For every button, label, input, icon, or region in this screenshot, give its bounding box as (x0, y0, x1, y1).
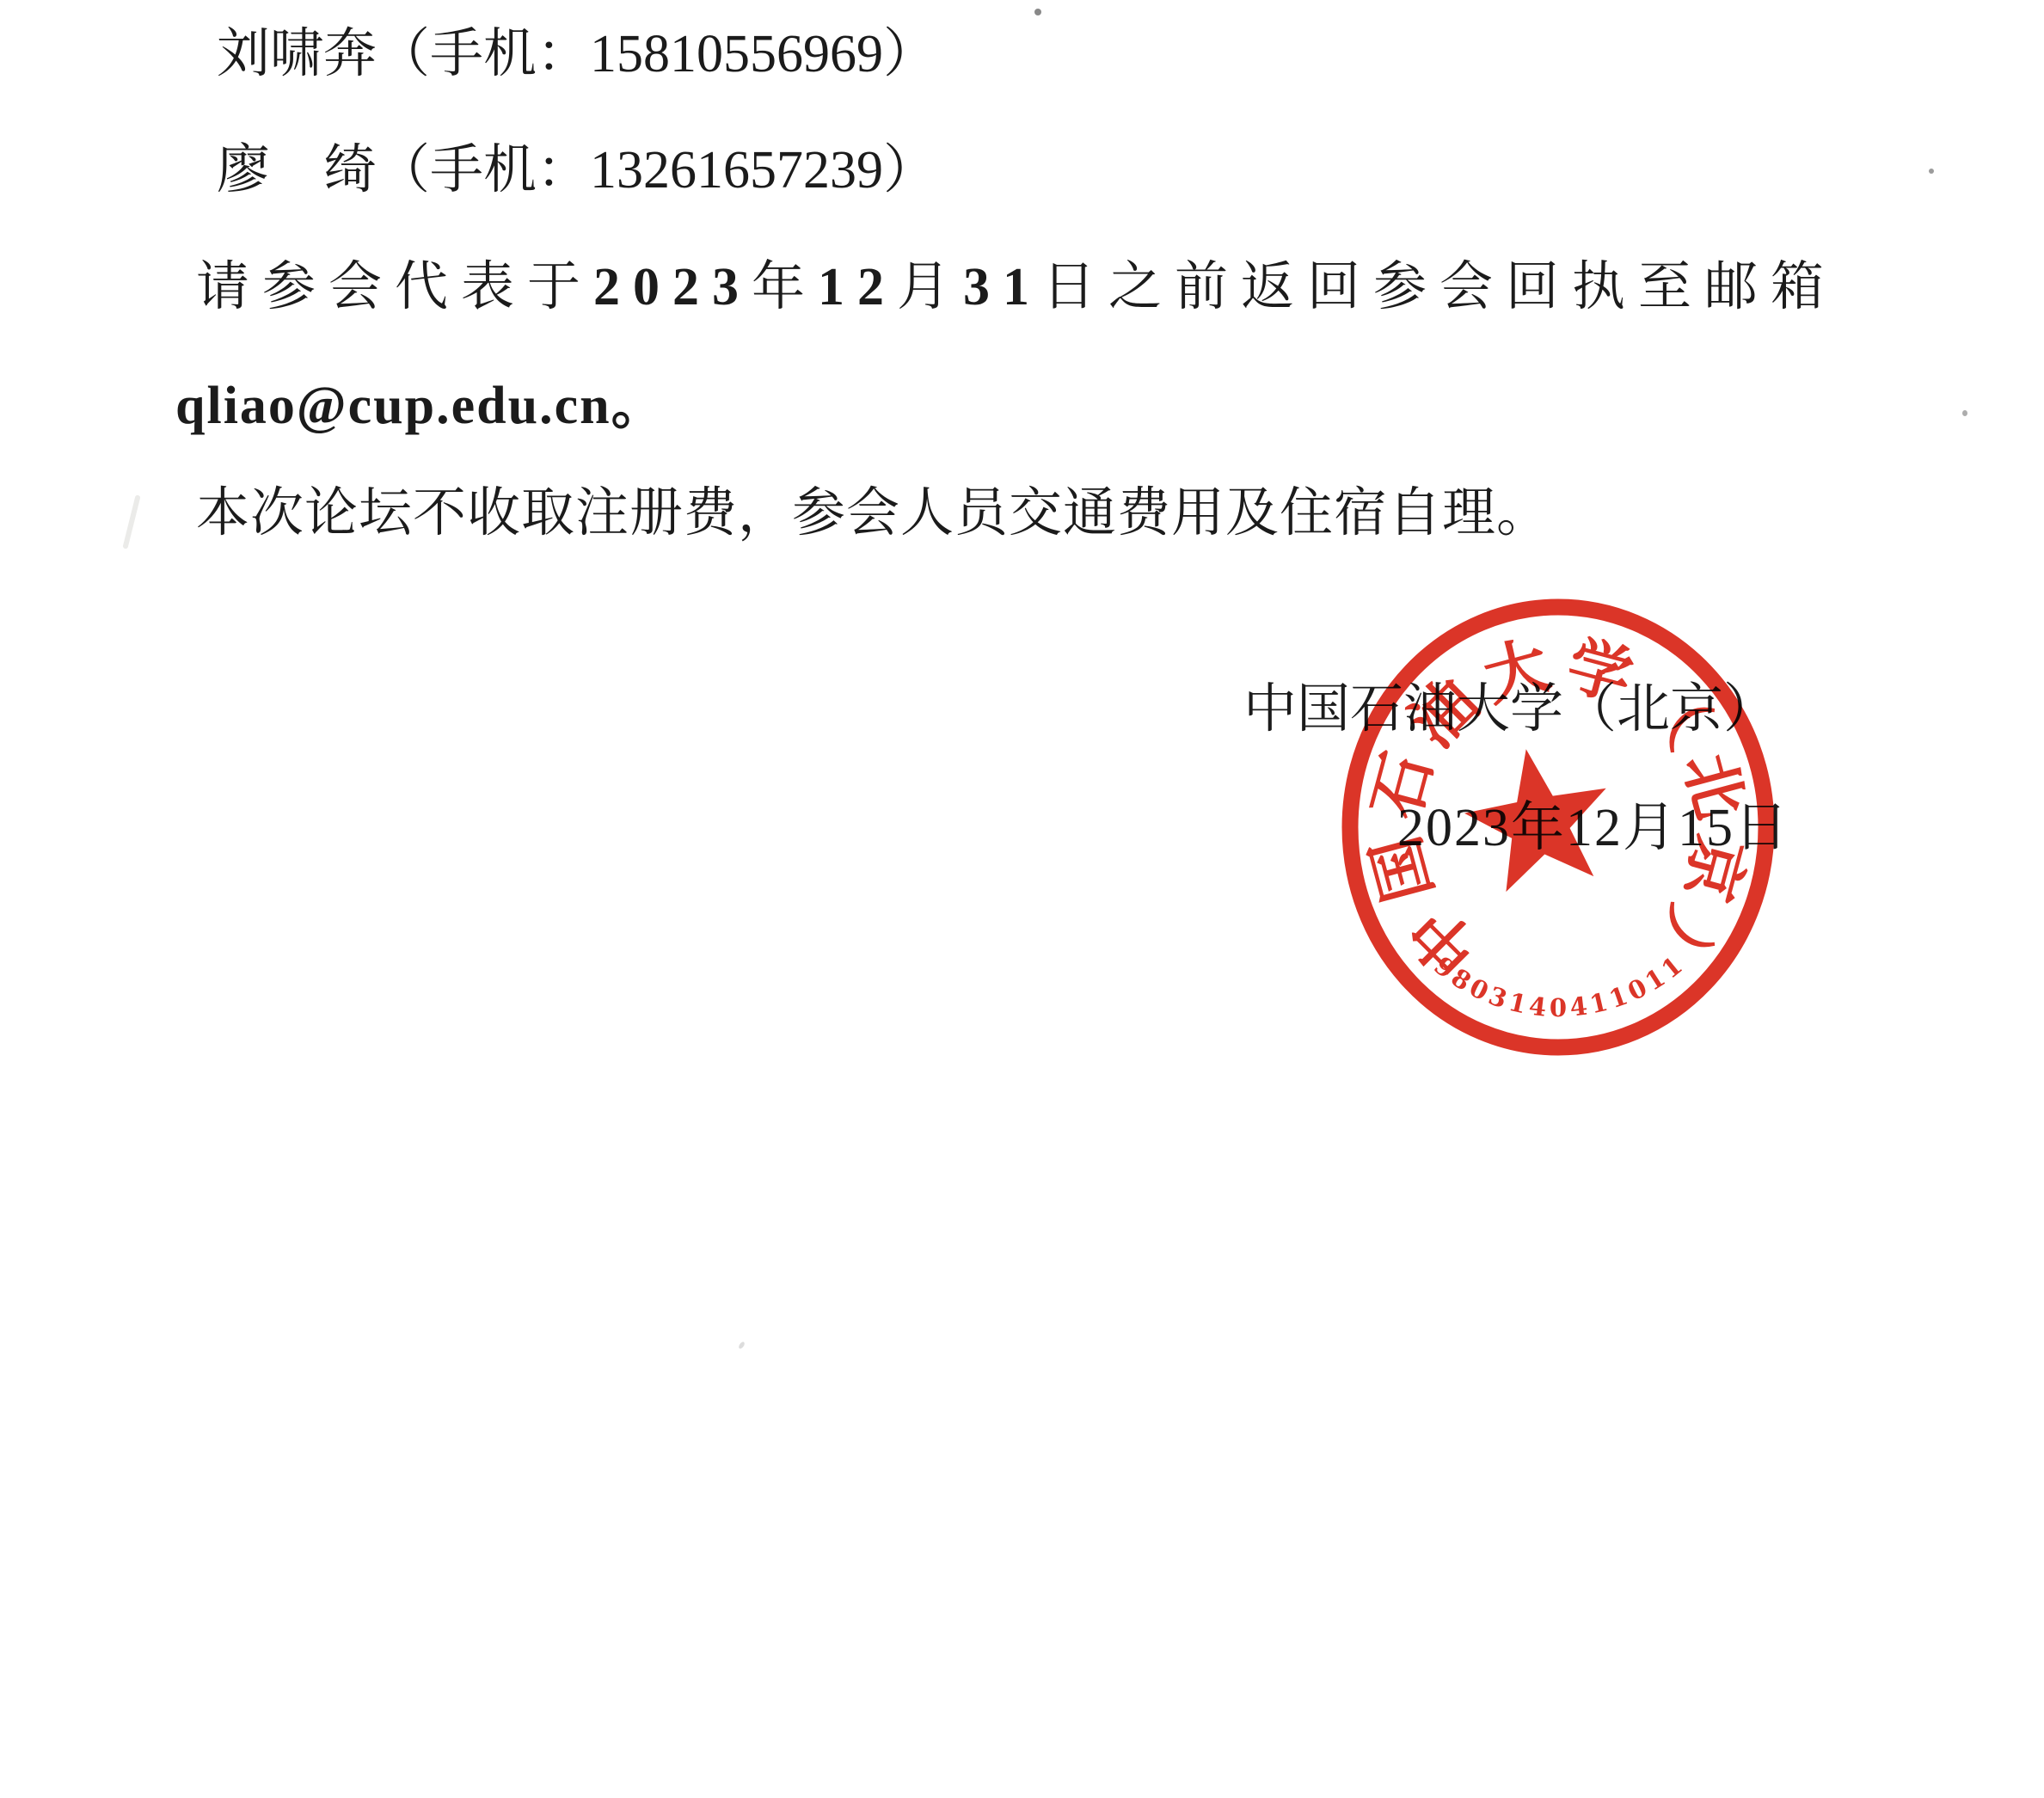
deadline-date-number: 2023 (593, 258, 752, 316)
registration-fee-line: 本次论坛不收取注册费，参会人员交通费用及住宿自理。 (196, 483, 1550, 544)
seal-star-icon (1464, 749, 1606, 892)
svg-text:北: 北 (1671, 746, 1755, 826)
svg-text:石: 石 (1361, 746, 1446, 826)
deadline-text: 日之前返回参会回执至邮箱 (1042, 258, 1837, 316)
svg-text:4: 4 (1527, 991, 1548, 1022)
svg-text:0: 0 (1550, 993, 1567, 1022)
svg-text:4: 4 (1568, 991, 1589, 1022)
reply-deadline-line: 请参会代表于2023年12月31日之前返回参会回执至邮箱 (196, 257, 1837, 318)
scan-noise-dot (1962, 410, 1967, 416)
scan-noise-streak (122, 494, 140, 549)
contact-liao-qi: 廖 绮（手机：13261657239） (217, 140, 936, 201)
svg-text:大: 大 (1477, 630, 1557, 715)
contact-liu-xiaoben: 刘啸奔（手机：15810556969） (217, 24, 936, 85)
scanned-letter-page: 刘啸奔（手机：15810556969） 廖 绮（手机：13261657239） … (0, 0, 2044, 1798)
reply-email-address: qliao@cup.edu.cn。 (175, 376, 666, 437)
deadline-text: 月 (897, 258, 963, 316)
svg-text:1: 1 (1506, 987, 1529, 1020)
scan-noise-dot (738, 1341, 746, 1349)
scan-noise-dot (1929, 169, 1934, 174)
svg-text:京: 京 (1671, 829, 1755, 909)
deadline-text: 年 (752, 258, 818, 316)
official-seal: 中国石油大学（北京） 1101140413089 (1324, 581, 1792, 1073)
scan-noise-dot (1034, 9, 1041, 15)
svg-text:国: 国 (1361, 829, 1446, 909)
deadline-date-number: 31 (963, 258, 1042, 316)
deadline-date-number: 12 (818, 258, 897, 316)
svg-text:学: 学 (1560, 630, 1640, 715)
deadline-text: 请参会代表于 (196, 258, 593, 316)
